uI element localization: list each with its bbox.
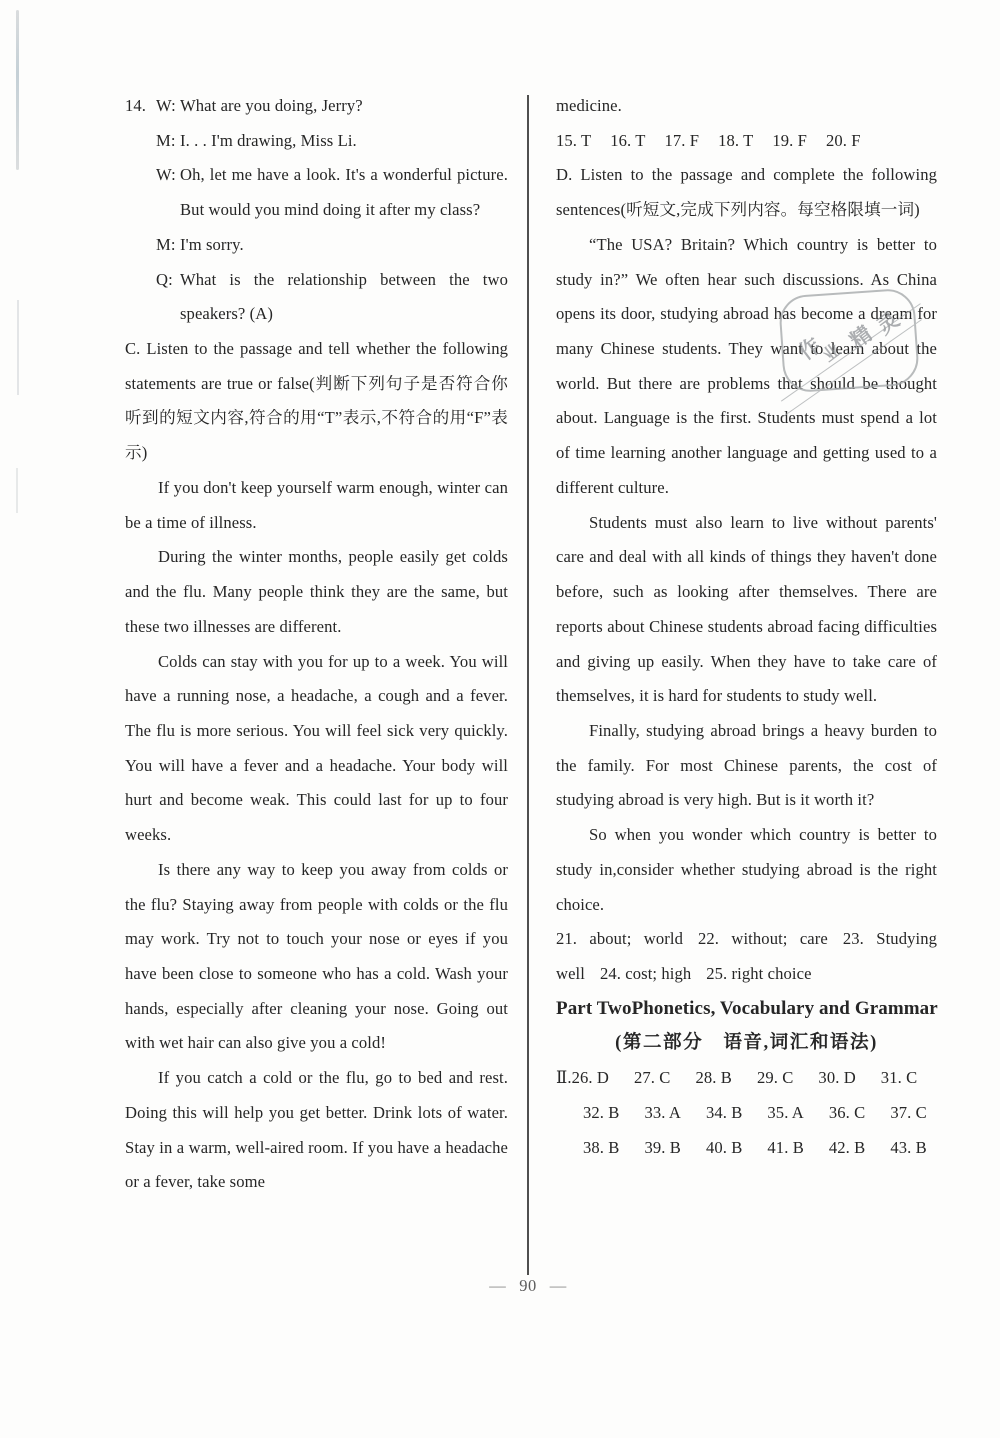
answer-item: 29. C [757,1061,793,1096]
page-number-dash: — [489,1276,506,1295]
section-d-instruction: D. Listen to the passage and complete th… [556,158,937,227]
scan-artifact-left-edge [16,10,19,170]
answer-item: 22. without; care [698,929,843,948]
answer-item: 28. B [695,1061,731,1096]
answer-item: 21. about; world [556,929,698,948]
passage-paragraph: Students must also learn to live without… [556,506,937,714]
dialogue-text: I. . . I'm drawing, Miss Li. [180,131,357,150]
part-two-label: Part Two [556,992,632,1027]
speaker-label: M: [156,124,176,159]
part-two-heading: Part Two Phonetics, Vocabulary and Gramm… [556,992,937,1027]
answer-item: 15. T [556,131,591,150]
answer-item: 41. B [767,1131,803,1166]
speaker-label: Q: [156,263,173,298]
passage-paragraph: “The USA? Britain? Which country is bett… [556,228,937,506]
answer-item: 25. right choice [706,964,811,983]
speaker-label: W: [156,158,176,193]
answer-item: 34. B [706,1096,742,1131]
answer-item: 19. F [772,131,807,150]
answer-item: 32. B [583,1096,619,1131]
dialogue-text: I'm sorry. [180,235,244,254]
section-c-instruction: C. Listen to the passage and tell whethe… [125,332,508,471]
page-number: —90— [476,1276,580,1296]
scanned-page: 14. W: What are you doing, Jerry? M: I. … [0,0,1000,1438]
answer-item: 26. D [572,1061,609,1096]
speaker-label: W: [156,89,176,124]
answers-row-38-43: 38. B 39. B 40. B 41. B 42. B 43. B [556,1131,937,1166]
answer-item: 40. B [706,1131,742,1166]
left-column: 14. W: What are you doing, Jerry? M: I. … [125,89,508,1200]
speaker-label: M: [156,228,176,263]
dialogue-line: 14. W: What are you doing, Jerry? [125,89,508,124]
dialogue-line: Q: What is the relationship between the … [125,263,508,332]
answers-15-20: 15. T16. T17. F18. T19. F20. F [556,124,937,159]
item-number: 14. [125,89,146,124]
scan-artifact-left-edge [16,468,18,513]
page-number-value: 90 [519,1276,537,1295]
answer-item: 33. A [644,1096,680,1131]
page-number-dash: — [550,1276,567,1295]
dialogue-text: What is the relationship between the two… [180,270,508,324]
column-divider [527,95,529,1275]
answer-item: 42. B [829,1131,865,1166]
passage-paragraph: Colds can stay with you for up to a week… [125,645,508,853]
answer-item: 31. C [881,1061,917,1096]
answers-row-26-31: Ⅱ.26. D 27. C 28. B 29. C 30. D 31. C [556,1061,937,1096]
dialogue-line: W: Oh, let me have a look. It's a wonder… [125,158,508,227]
continuation-line: medicine. [556,89,937,124]
answer-item: 43. B [890,1131,926,1166]
answer-item: 16. T [610,131,645,150]
answers-row-32-37: 32. B 33. A 34. B 35. A 36. C 37. C [556,1096,937,1131]
part-two-heading-chinese: (第二部分 语音,词汇和语法) [556,1026,937,1061]
dialogue-line: M: I'm sorry. [125,228,508,263]
passage-paragraph: During the winter months, people easily … [125,540,508,644]
answers-21-25: 21. about; world22. without; care23. Stu… [556,922,937,991]
answer-item: 38. B [583,1131,619,1166]
part-two-title: Phonetics, Vocabulary and Grammar [632,992,938,1027]
answer-item: 35. A [767,1096,803,1131]
answer-item: 27. C [634,1061,670,1096]
answer-item: 37. C [890,1096,926,1131]
answer-item: 36. C [829,1096,865,1131]
right-column: medicine. 15. T16. T17. F18. T19. F20. F… [556,89,937,1165]
dialogue-text: What are you doing, Jerry? [180,96,363,115]
passage-paragraph: If you don't keep yourself warm enough, … [125,471,508,540]
answer-item: 18. T [718,131,753,150]
scan-artifact-left-edge [17,300,19,395]
section-numeral: Ⅱ. [556,1061,572,1096]
dialogue-text: Oh, let me have a look. It's a wonderful… [180,165,508,219]
passage-paragraph: If you catch a cold or the flu, go to be… [125,1061,508,1200]
passage-paragraph: So when you wonder which country is bett… [556,818,937,922]
answer-item: 30. D [818,1061,855,1096]
dialogue-item-14: 14. W: What are you doing, Jerry? M: I. … [125,89,508,332]
dialogue-line: M: I. . . I'm drawing, Miss Li. [125,124,508,159]
passage-paragraph: Finally, studying abroad brings a heavy … [556,714,937,818]
answer-item: 20. F [826,131,861,150]
answer-item: 39. B [644,1131,680,1166]
answer-item: 17. F [664,131,699,150]
passage-paragraph: Is there any way to keep you away from c… [125,853,508,1061]
answer-item: 24. cost; high [600,964,706,983]
